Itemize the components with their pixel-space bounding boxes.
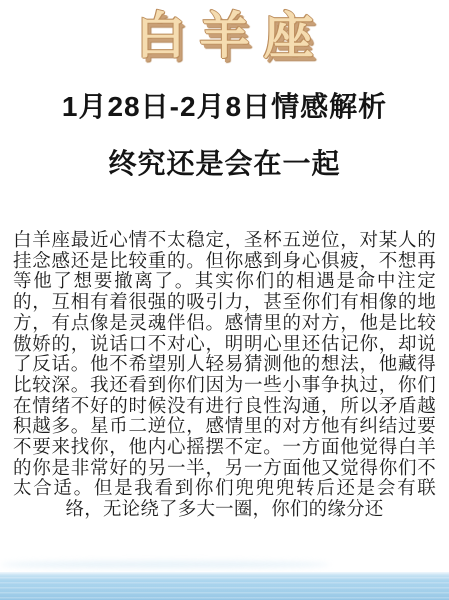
zodiac-poster-page: 白羊座 1月28日-2月8日情感解析 终究还是会在一起 白羊座最近心情不太稳定，…	[0, 0, 449, 600]
water-wisp-decoration	[0, 561, 330, 568]
tarot-reading-body-text: 白羊座最近心情不太稳定，圣杯五逆位，对某人的挂念感还是比较重的。但你感到身心俱疲…	[13, 230, 436, 520]
conclusion-heading: 终究还是会在一起	[0, 148, 449, 180]
date-range-heading: 1月28日-2月8日情感解析	[0, 91, 449, 123]
water-wave-image	[0, 572, 449, 600]
zodiac-title: 白羊座	[0, 4, 449, 68]
